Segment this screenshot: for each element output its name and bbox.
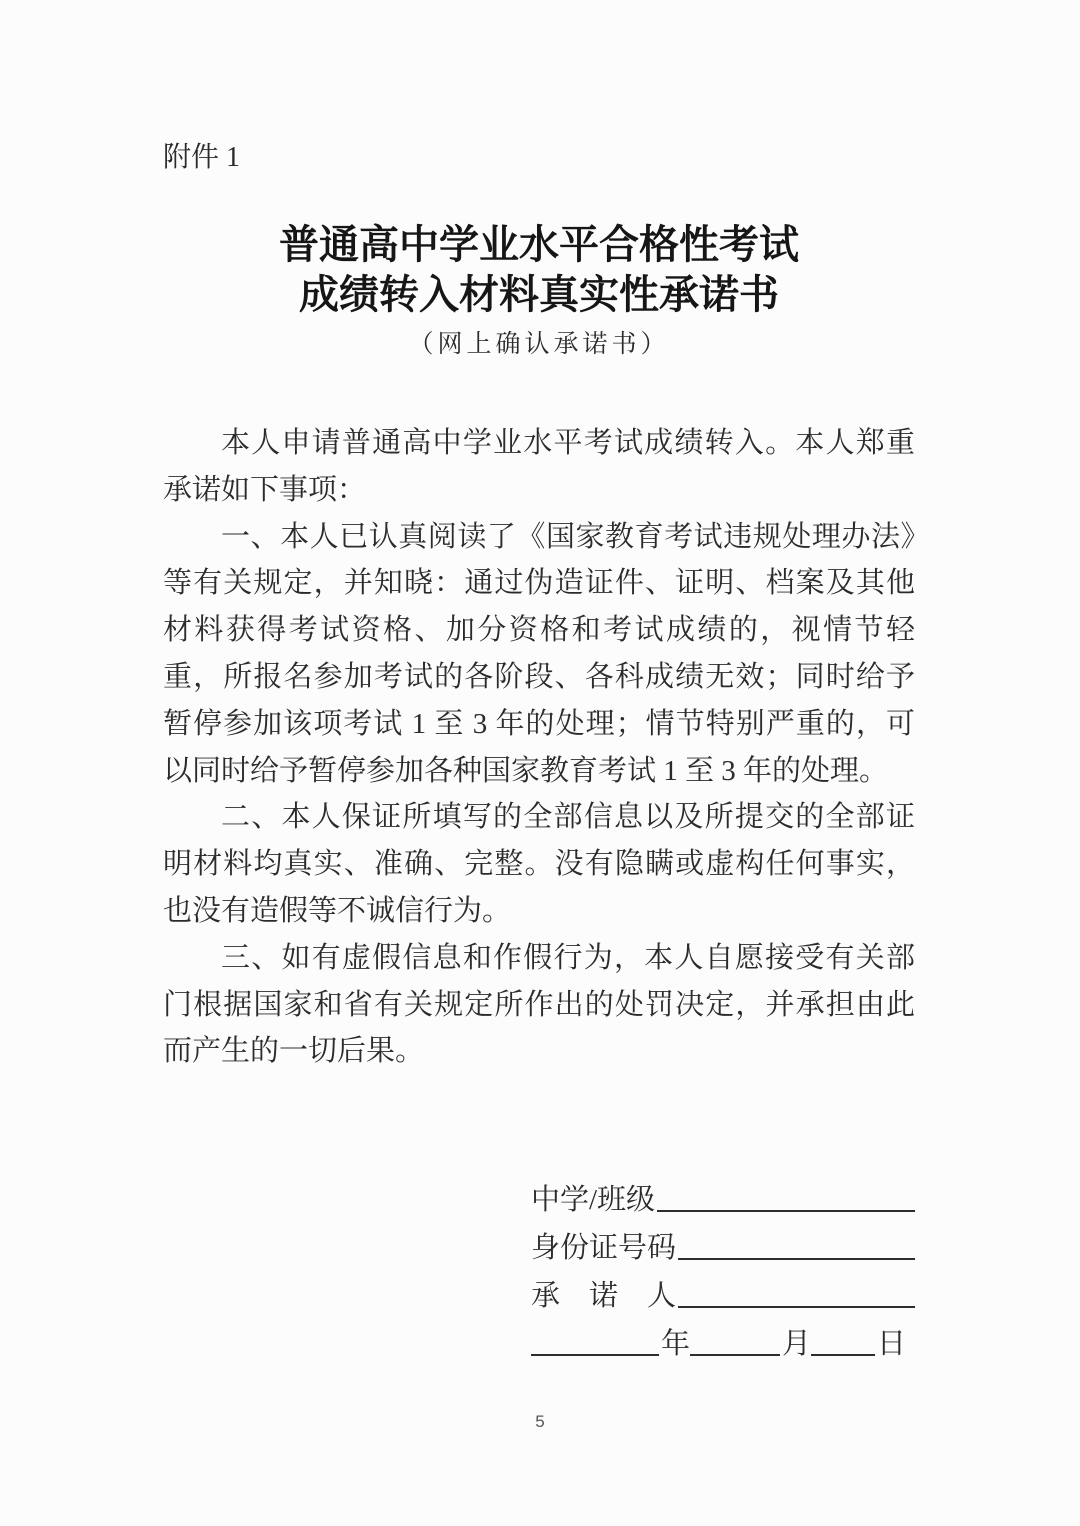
month-underline — [690, 1354, 780, 1356]
page-number: 5 — [0, 1412, 1080, 1432]
signature-row-date: 年 月 日 — [531, 1314, 915, 1362]
signature-block: 中学/班级 身份证号码 承 诺 人 年 月 日 — [531, 1170, 915, 1362]
school-class-label: 中学/班级 — [531, 1182, 655, 1218]
document-body: 本人申请普通高中学业水平考试成绩转入。本人郑重承诺如下事项： 一、本人已认真阅读… — [163, 420, 915, 1075]
month-label: 月 — [782, 1326, 811, 1362]
document-title-line2: 成绩转入材料真实性承诺书 — [163, 270, 915, 320]
year-underline — [531, 1354, 659, 1356]
document-title: 普通高中学业水平合格性考试 成绩转入材料真实性承诺书 — [163, 220, 915, 320]
day-underline — [811, 1354, 875, 1356]
signature-row-promiser: 承 诺 人 — [531, 1266, 915, 1314]
id-number-underline — [678, 1258, 915, 1260]
paragraph-item-1: 一、本人已认真阅读了《国家教育考试违规处理办法》等有关规定，并知晓：通过伪造证件… — [163, 514, 915, 795]
paragraph-intro: 本人申请普通高中学业水平考试成绩转入。本人郑重承诺如下事项： — [163, 420, 915, 514]
promiser-label: 承 诺 人 — [531, 1278, 676, 1314]
school-class-underline — [657, 1210, 915, 1212]
signature-row-school-class: 中学/班级 — [531, 1170, 915, 1218]
document-page: 附件 1 普通高中学业水平合格性考试 成绩转入材料真实性承诺书 （网上确认承诺书… — [0, 0, 1080, 1526]
day-label: 日 — [877, 1326, 906, 1362]
id-number-label: 身份证号码 — [531, 1230, 676, 1266]
year-label: 年 — [661, 1326, 690, 1362]
paragraph-item-3: 三、如有虚假信息和作假行为，本人自愿接受有关部门根据国家和省有关规定所作出的处罚… — [163, 935, 915, 1075]
attachment-label: 附件 1 — [163, 138, 915, 178]
promiser-underline — [678, 1306, 915, 1308]
document-title-line1: 普通高中学业水平合格性考试 — [163, 220, 915, 270]
document-subtitle: （网上确认承诺书） — [163, 330, 915, 360]
paragraph-item-2: 二、本人保证所填写的全部信息以及所提交的全部证明材料均真实、准确、完整。没有隐瞒… — [163, 794, 915, 934]
signature-row-id-number: 身份证号码 — [531, 1218, 915, 1266]
